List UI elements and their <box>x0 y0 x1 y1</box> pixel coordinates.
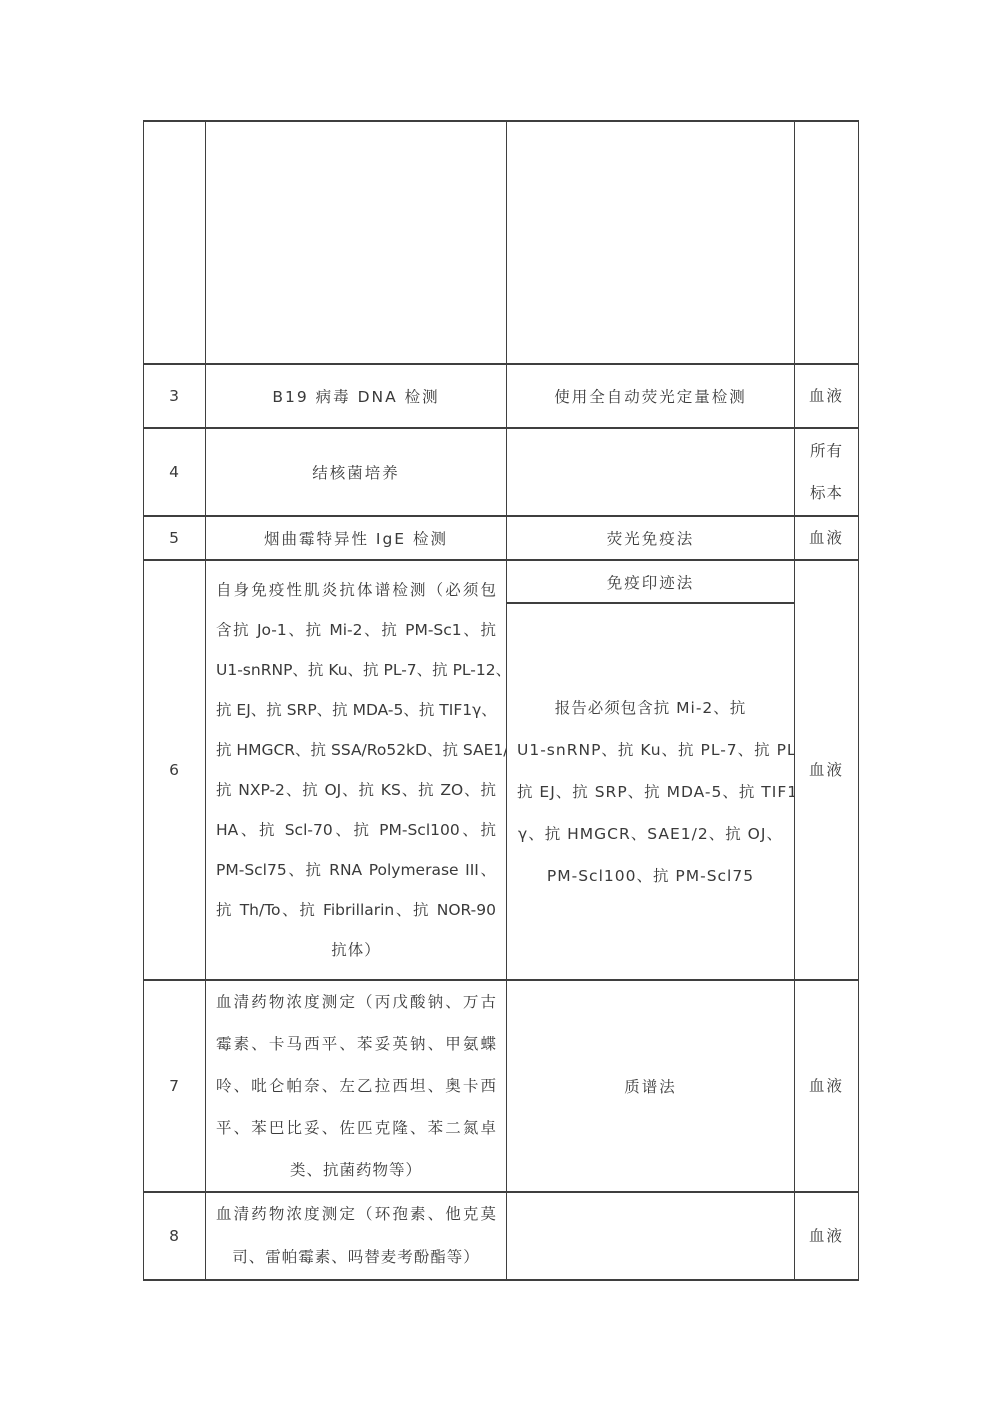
method-cell-8 <box>507 1192 795 1280</box>
test-name-line: 血清药物浓度测定（丙戊酸钠、万古 <box>216 981 496 1023</box>
test-name-line: 抗 NXP-2、抗 OJ、抗 KS、抗 ZO、抗 <box>216 770 496 810</box>
test-name-line: 霉素、卡马西平、苯妥英钠、甲氨蝶 <box>216 1023 496 1065</box>
row-number-cell-3: 3 <box>144 364 206 428</box>
specimen-line: 标本 <box>795 472 858 514</box>
test-name-line: 类、抗菌药物等） <box>216 1149 496 1191</box>
method-cell-empty <box>507 121 795 364</box>
method-line: PM-Scl100、抗 PM-Scl75 <box>517 855 784 897</box>
test-name-line: 抗 Th/To、抗 Fibrillarin、抗 NOR-90 <box>216 890 496 930</box>
method-line: 报告必须包含抗 Mi-2、抗 <box>517 687 784 729</box>
row-number-cell-6: 6 <box>144 560 206 980</box>
table-row-5: 5 烟曲霉特异性 IgE 检测 荧光免疫法 血液 <box>144 516 859 560</box>
test-name-cell-3: B19 病毒 DNA 检测 <box>206 364 507 428</box>
method-line: 抗 EJ、抗 SRP、抗 MDA-5、抗 TIF1 <box>517 771 784 813</box>
table-row-8: 8 血清药物浓度测定（环孢素、他克莫 司、雷帕霉素、吗替麦考酚酯等） 血液 <box>144 1192 859 1280</box>
specimen-cell-4: 所有 标本 <box>795 428 859 516</box>
test-name-cell-6: 自身免疫性肌炎抗体谱检测（必须包 含抗 Jo-1、抗 Mi-2、抗 PM-Sc1… <box>206 560 507 980</box>
method-line: U1-snRNP、抗 Ku、抗 PL-7、抗 PL-12、 <box>517 729 784 771</box>
method-detail-cell-6: 报告必须包含抗 Mi-2、抗 U1-snRNP、抗 Ku、抗 PL-7、抗 PL… <box>507 603 795 980</box>
row-number-cell-8: 8 <box>144 1192 206 1280</box>
test-name-line: U1-snRNP、抗 Ku、抗 PL-7、抗 PL-12、 <box>216 650 496 690</box>
test-name-cell-empty <box>206 121 507 364</box>
table-row-7: 7 血清药物浓度测定（丙戊酸钠、万古 霉素、卡马西平、苯妥英钠、甲氨蝶 呤、吡仑… <box>144 980 859 1192</box>
specimen-cell-8: 血液 <box>795 1192 859 1280</box>
row-number-cell-5: 5 <box>144 516 206 560</box>
method-top-cell-6: 免疫印迹法 <box>507 560 795 603</box>
method-cell-4 <box>507 428 795 516</box>
table-row-4: 4 结核菌培养 所有 标本 <box>144 428 859 516</box>
test-name-cell-4: 结核菌培养 <box>206 428 507 516</box>
table-row-6: 6 自身免疫性肌炎抗体谱检测（必须包 含抗 Jo-1、抗 Mi-2、抗 PM-S… <box>144 560 859 603</box>
specimen-cell-3: 血液 <box>795 364 859 428</box>
test-name-line: 司、雷帕霉素、吗替麦考酚酯等） <box>216 1236 496 1279</box>
test-name-line: 含抗 Jo-1、抗 Mi-2、抗 PM-Sc1、抗 <box>216 610 496 650</box>
specimen-cell-empty <box>795 121 859 364</box>
method-cell-5: 荧光免疫法 <box>507 516 795 560</box>
table-row-empty <box>144 121 859 364</box>
row-number-cell-empty <box>144 121 206 364</box>
test-name-cell-8: 血清药物浓度测定（环孢素、他克莫 司、雷帕霉素、吗替麦考酚酯等） <box>206 1192 507 1280</box>
test-name-line: HA、抗 Scl-70、抗 PM-Scl100、抗 <box>216 810 496 850</box>
test-name-line: 血清药物浓度测定（环孢素、他克莫 <box>216 1193 496 1236</box>
test-name-line: 抗体） <box>216 930 496 970</box>
row-number-cell-7: 7 <box>144 980 206 1192</box>
specimen-cell-7: 血液 <box>795 980 859 1192</box>
table-row-3: 3 B19 病毒 DNA 检测 使用全自动荧光定量检测 血液 <box>144 364 859 428</box>
test-name-line: 呤、吡仑帕奈、左乙拉西坦、奥卡西 <box>216 1065 496 1107</box>
test-name-cell-5: 烟曲霉特异性 IgE 检测 <box>206 516 507 560</box>
method-line: γ、抗 HMGCR、SAE1/2、抗 OJ、 <box>517 813 784 855</box>
method-cell-7: 质谱法 <box>507 980 795 1192</box>
lab-tests-table: 3 B19 病毒 DNA 检测 使用全自动荧光定量检测 血液 4 结核菌培养 所… <box>143 120 859 1281</box>
row-number-cell-4: 4 <box>144 428 206 516</box>
test-name-line: PM-Scl75、抗 RNA Polymerase III、 <box>216 850 496 890</box>
test-name-line: 自身免疫性肌炎抗体谱检测（必须包 <box>216 570 496 610</box>
test-name-cell-7: 血清药物浓度测定（丙戊酸钠、万古 霉素、卡马西平、苯妥英钠、甲氨蝶 呤、吡仑帕奈… <box>206 980 507 1192</box>
specimen-line: 所有 <box>795 430 858 472</box>
method-cell-3: 使用全自动荧光定量检测 <box>507 364 795 428</box>
specimen-cell-5: 血液 <box>795 516 859 560</box>
test-name-line: 抗 HMGCR、抗 SSA/Ro52kD、抗 SAE1/2、 <box>216 730 496 770</box>
specimen-cell-6: 血液 <box>795 560 859 980</box>
test-name-line: 平、苯巴比妥、佐匹克隆、苯二氮卓 <box>216 1107 496 1149</box>
test-name-line: 抗 EJ、抗 SRP、抗 MDA-5、抗 TIF1γ、 <box>216 690 496 730</box>
document-page: 3 B19 病毒 DNA 检测 使用全自动荧光定量检测 血液 4 结核菌培养 所… <box>0 0 1000 1414</box>
